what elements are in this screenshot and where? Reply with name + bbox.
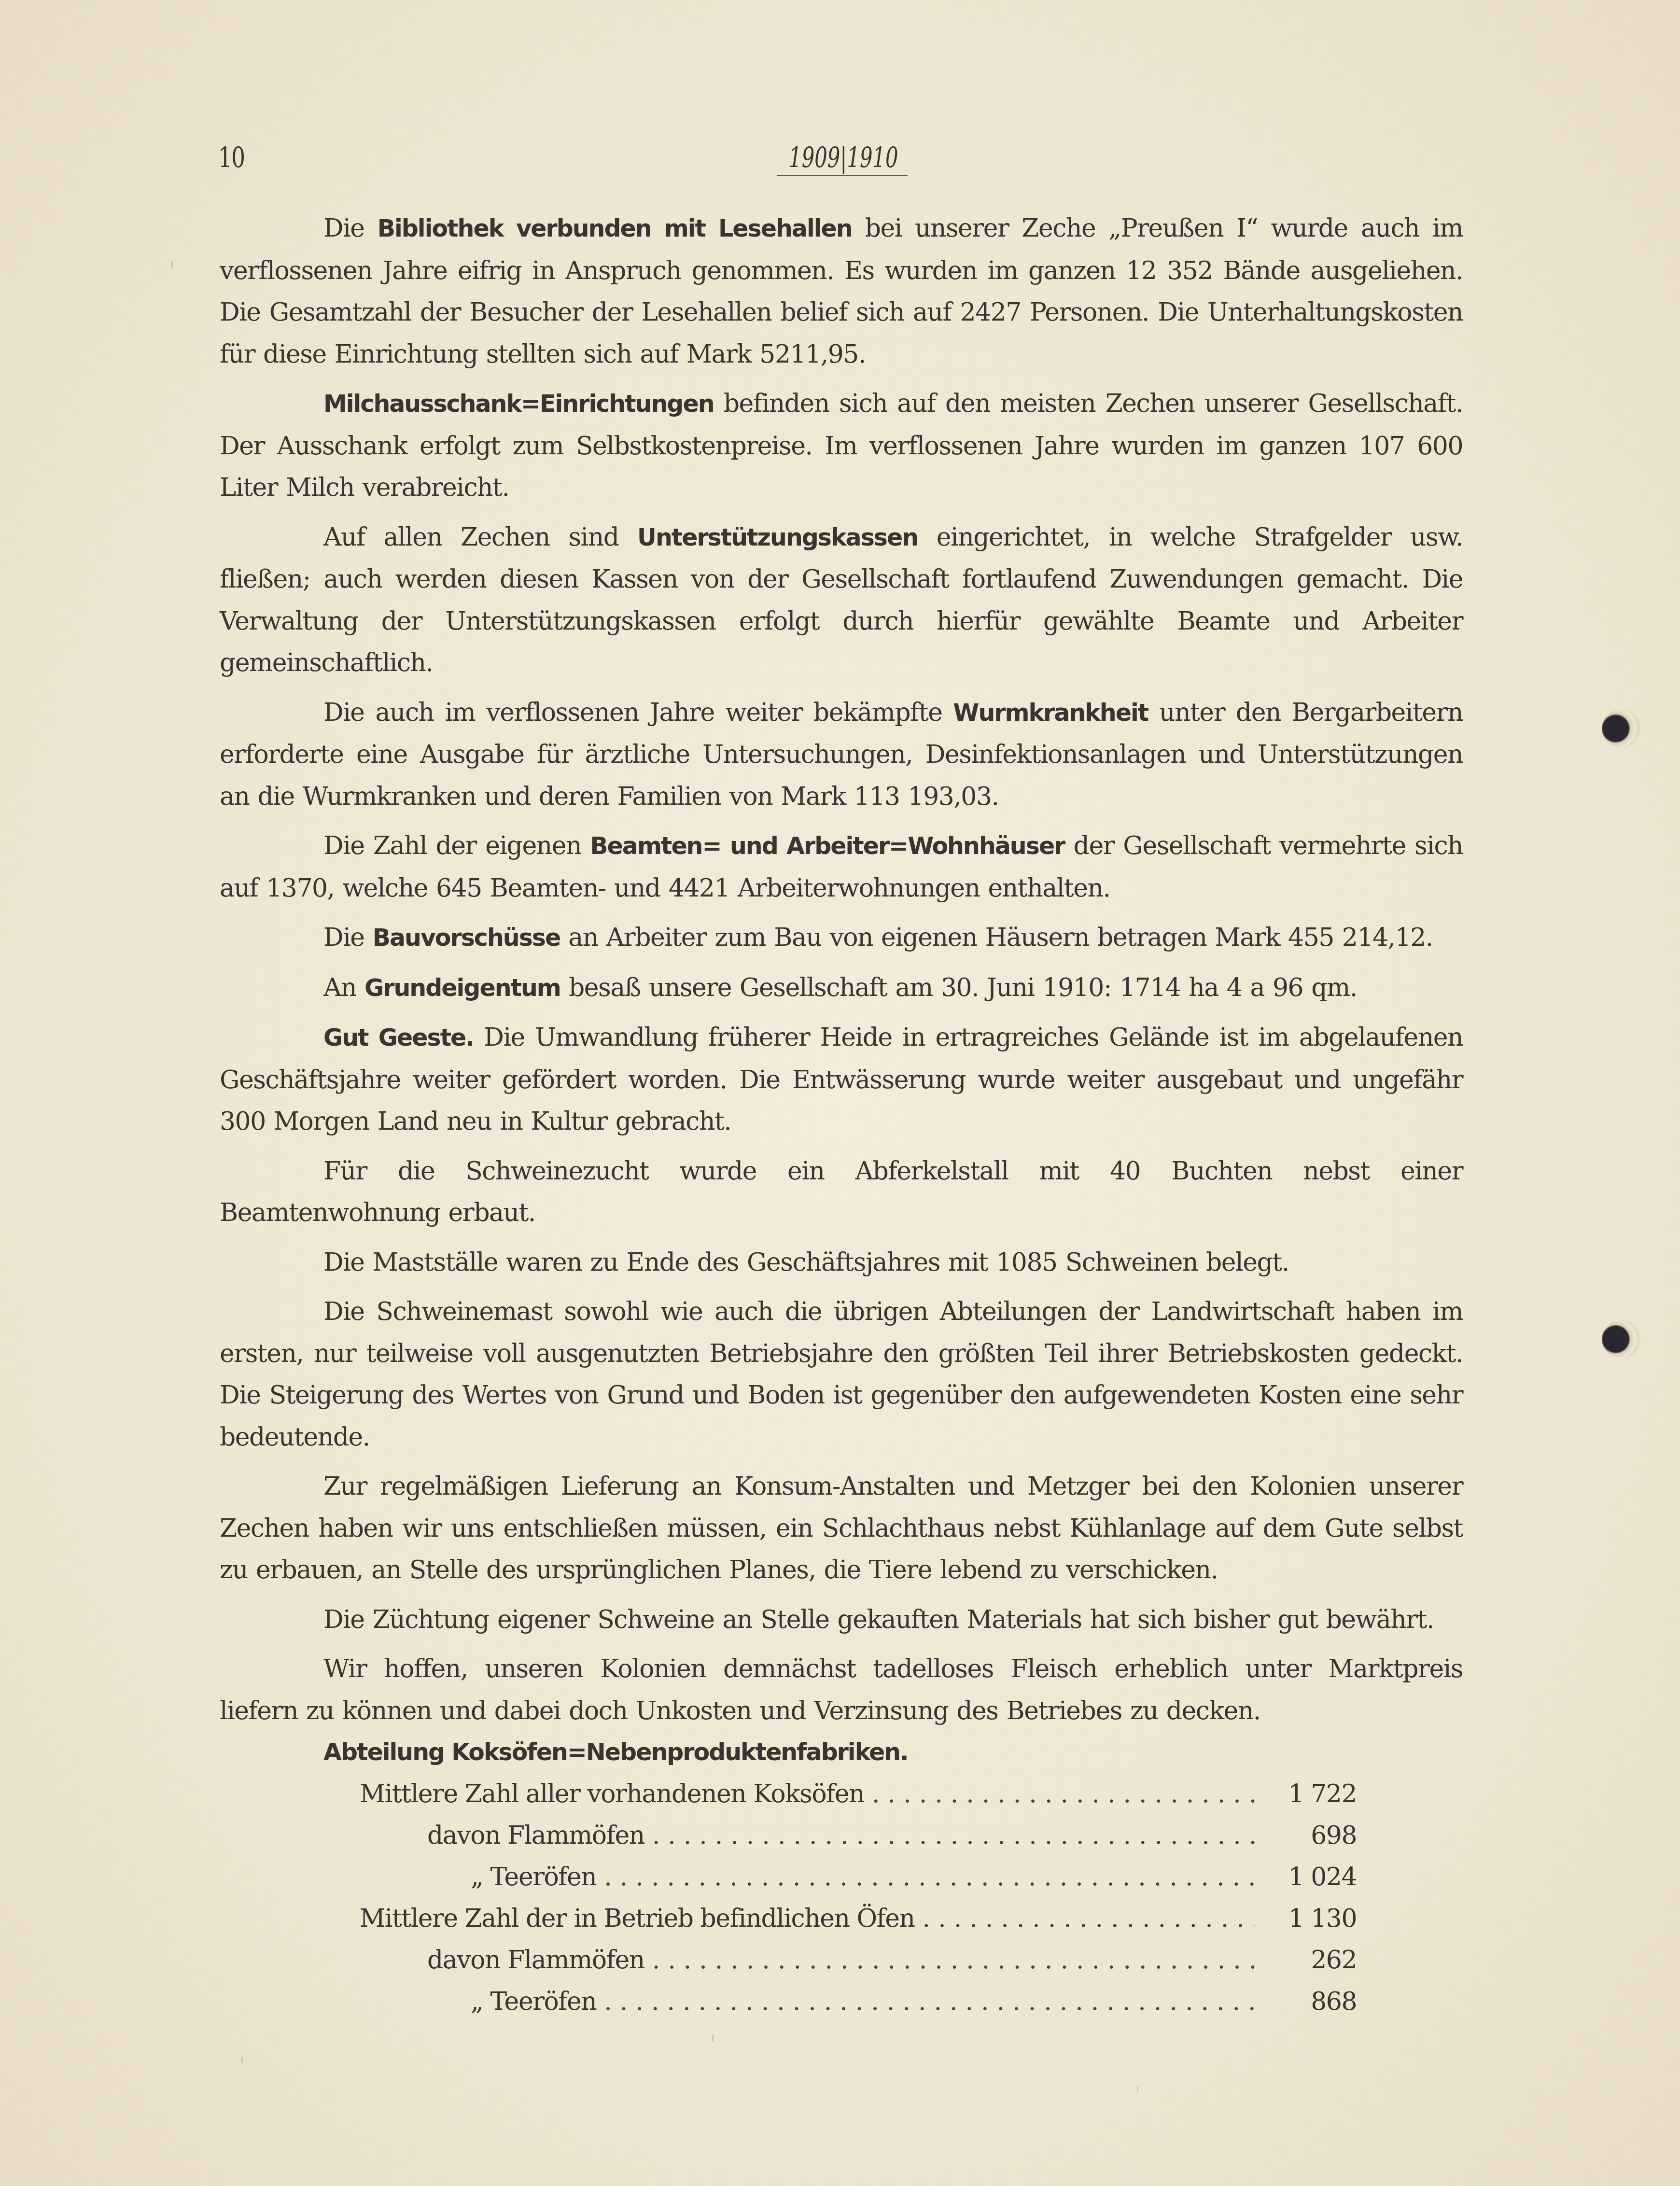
paragraph-gut-geeste: Gut Geeste. Die Umwandlung früherer Heid… [220, 1017, 1463, 1143]
dot-leader: ........................................… [652, 1815, 1255, 1856]
stat-row: Mittlere Zahl aller vorhandenen Koksöfen… [220, 1773, 1357, 1815]
stat-row: davon Flammöfen ........................… [220, 1815, 1357, 1856]
dot-leader: ........................................… [923, 1898, 1255, 1939]
body-text: Die Bibliothek verbunden mit Lesehallen … [220, 208, 1463, 2022]
dot-leader: ........................................… [604, 1856, 1255, 1898]
emphasis: Unterstützungskassen [637, 524, 918, 551]
paper-speck [171, 261, 173, 267]
paper-speck [241, 2057, 243, 2063]
dot-leader: ........................................… [604, 1981, 1255, 2022]
emphasis: Grundeigentum [364, 974, 560, 1002]
stat-label: davon Flammöfen [427, 1939, 644, 1981]
stat-label: Mittlere Zahl aller vorhandenen Koksöfen [360, 1773, 864, 1815]
running-head-text: 1909|1910 [789, 141, 898, 174]
paragraph-schweinemast: Die Schweinemast sowohl wie auch die übr… [220, 1291, 1463, 1458]
stat-value: 698 [1265, 1815, 1357, 1856]
dot-leader: ........................................… [872, 1773, 1255, 1815]
paragraph-lieferung: Zur regelmäßigen Lieferung an Konsum-Ans… [220, 1466, 1463, 1591]
paragraph-wurmkrankheit: Die auch im verflossenen Jahre weiter be… [220, 692, 1463, 818]
paragraph-zuechtung: Die Züchtung eigener Schweine an Stelle … [220, 1599, 1463, 1641]
stat-value: 1 722 [1265, 1773, 1357, 1815]
paragraph-bauvorschuesse: Die Bauvorschüsse an Arbeiter zum Bau vo… [220, 917, 1463, 959]
punch-hole-icon [1602, 1320, 1637, 1358]
stat-value: 262 [1265, 1939, 1357, 1981]
paragraph-unterstuetzungskassen: Auf allen Zechen sind Unterstützungskass… [220, 517, 1463, 684]
stat-label: Mittlere Zahl der in Betrieb befindliche… [360, 1898, 915, 1939]
stat-label: „ Teeröfen [471, 1981, 596, 2022]
emphasis: Milchausschank=Einrichtungen [323, 390, 714, 418]
emphasis: Bauvorschüsse [373, 924, 560, 952]
emphasis: Beamten= und Arbeiter=Wohnhäuser [590, 832, 1064, 860]
stat-label: „ Teeröfen [471, 1856, 596, 1898]
stat-row: Mittlere Zahl der in Betrieb befindliche… [220, 1898, 1357, 1939]
page-number: 10 [218, 141, 244, 174]
paragraph-schweinezucht: Für die Schweinezucht wurde ein Abferkel… [220, 1150, 1463, 1234]
punch-hole-icon [1602, 710, 1637, 747]
dot-leader: ........................................… [652, 1939, 1255, 1981]
stat-value: 1 130 [1265, 1898, 1357, 1939]
emphasis: Bibliothek verbunden mit Lesehallen [378, 215, 852, 242]
section-heading-koksoefen: Abteilung Koksöfen=Nebenproduktenfabrike… [323, 1732, 1463, 1773]
paragraph-grundeigentum: An Grundeigentum besaß unsere Gesellscha… [220, 967, 1463, 1009]
paragraph-bibliothek: Die Bibliothek verbunden mit Lesehallen … [220, 208, 1463, 375]
paragraph-milchausschank: Milchausschank=Einrichtungen befinden si… [220, 383, 1463, 509]
paragraph-mastaelle: Die Mastställe waren zu Ende des Geschäf… [220, 1242, 1463, 1284]
stat-row: „ Teeröfen .............................… [220, 1981, 1357, 2022]
emphasis: Gut Geeste. [323, 1024, 474, 1051]
running-head-rule [777, 175, 908, 176]
paragraph-fleisch: Wir hoffen, unseren Kolonien demnächst t… [220, 1648, 1463, 1732]
running-head: 1909|1910 [768, 141, 908, 174]
paper-speck [1137, 2086, 1138, 2092]
stat-value: 868 [1265, 1981, 1357, 2022]
paragraph-wohnhaeuser: Die Zahl der eigenen Beamten= und Arbeit… [220, 825, 1463, 909]
stat-row: davon Flammöfen ........................… [220, 1939, 1357, 1981]
emphasis: Wurmkrankheit [953, 699, 1148, 727]
stat-value: 1 024 [1265, 1856, 1357, 1898]
paper-speck [712, 2035, 714, 2042]
stat-label: davon Flammöfen [427, 1815, 644, 1856]
stat-row: „ Teeröfen .............................… [220, 1856, 1357, 1898]
coke-oven-stats: Mittlere Zahl aller vorhandenen Koksöfen… [220, 1773, 1463, 2022]
